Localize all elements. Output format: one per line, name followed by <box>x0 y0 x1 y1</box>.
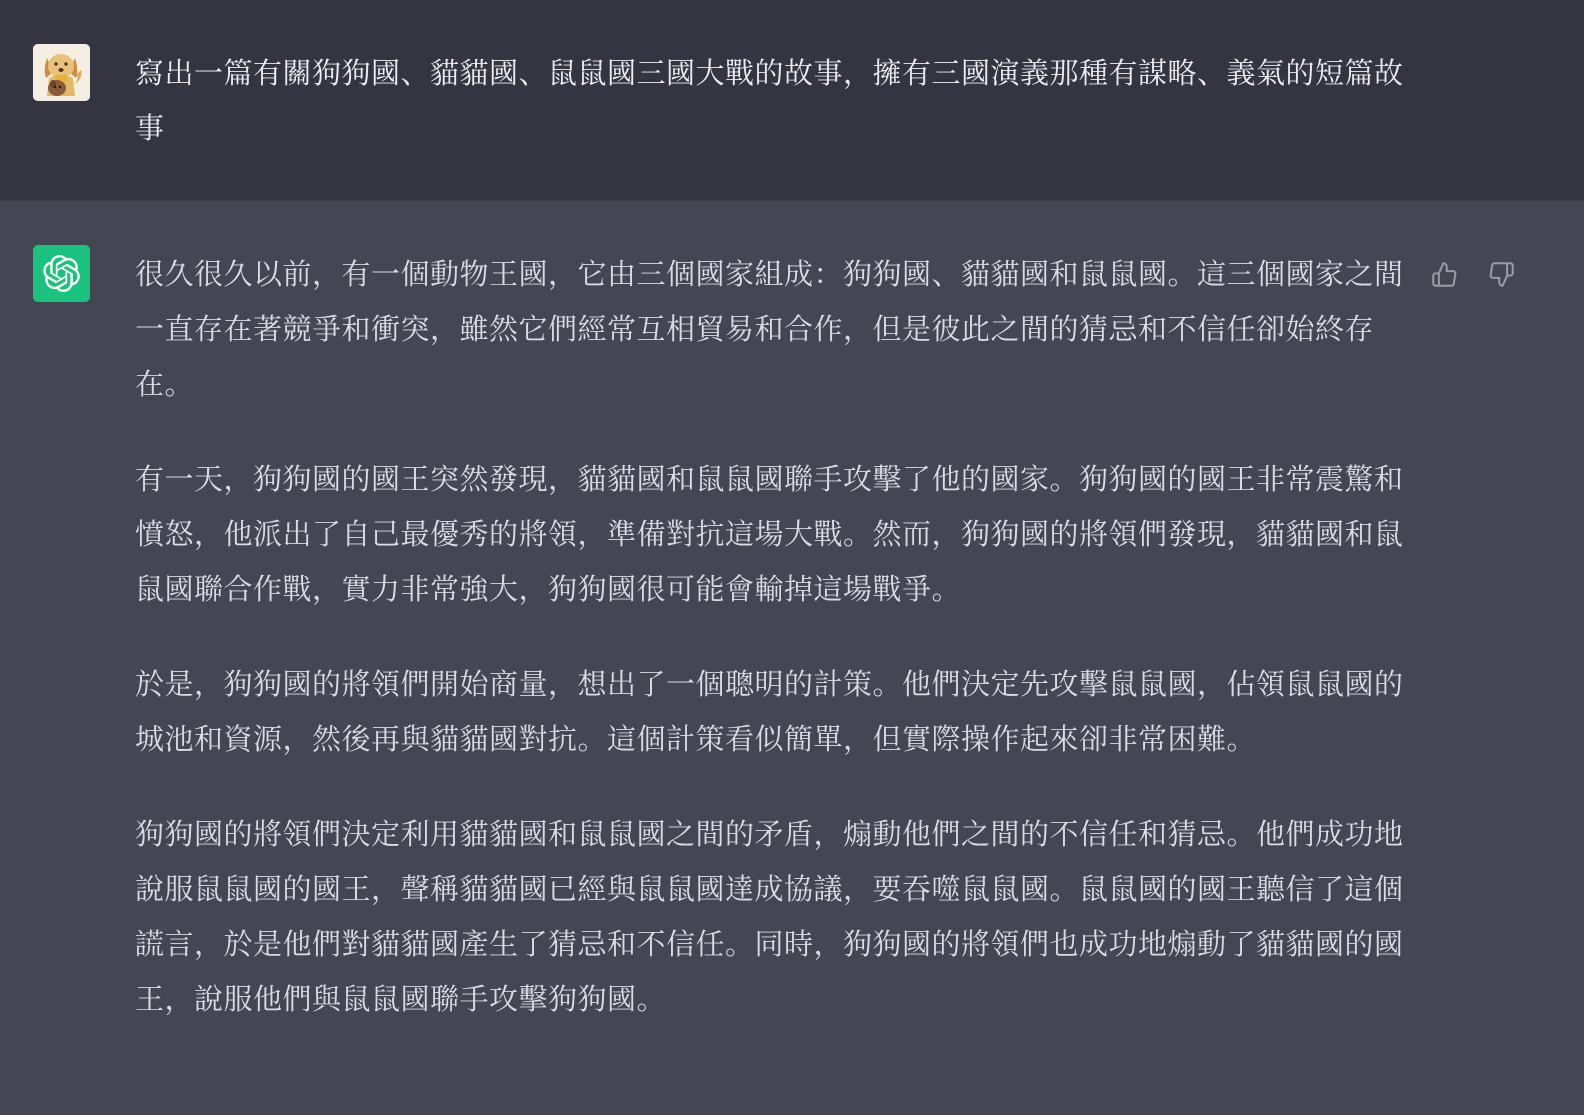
thumbs-down-button[interactable] <box>1488 261 1515 288</box>
feedback-buttons <box>1431 261 1515 288</box>
assistant-message-row: 很久很久以前，有一個動物王國，它由三個國家組成：狗狗國、貓貓國和鼠鼠國。這三個國… <box>0 200 1584 1115</box>
chatgpt-logo-icon <box>43 255 80 292</box>
assistant-paragraph: 狗狗國的將領們決定利用貓貓國和鼠鼠國之間的矛盾，煽動他們之間的不信任和猜忌。他們… <box>135 807 1407 1027</box>
user-message-text: 寫出一篇有關狗狗國、貓貓國、鼠鼠國三國大戰的故事，擁有三國演義那種有謀略、義氣的… <box>135 46 1407 156</box>
assistant-paragraph: 於是，狗狗國的將領們開始商量，想出了一個聰明的計策。他們決定先攻擊鼠鼠國，佔領鼠… <box>135 657 1407 767</box>
assistant-avatar <box>33 245 90 302</box>
thumbs-down-icon <box>1488 261 1515 288</box>
assistant-message-text: 很久很久以前，有一個動物王國，它由三個國家組成：狗狗國、貓貓國和鼠鼠國。這三個國… <box>135 247 1407 1027</box>
assistant-paragraph: 很久很久以前，有一個動物王國，它由三個國家組成：狗狗國、貓貓國和鼠鼠國。這三個國… <box>135 247 1407 412</box>
user-avatar <box>33 44 90 101</box>
assistant-paragraph: 有一天，狗狗國的國王突然發現，貓貓國和鼠鼠國聯手攻擊了他的國家。狗狗國的國王非常… <box>135 452 1407 617</box>
dog-photo-icon <box>33 44 90 101</box>
chat-conversation: 寫出一篇有關狗狗國、貓貓國、鼠鼠國三國大戰的故事，擁有三國演義那種有謀略、義氣的… <box>0 0 1584 1115</box>
thumbs-up-button[interactable] <box>1431 261 1458 288</box>
user-message-row: 寫出一篇有關狗狗國、貓貓國、鼠鼠國三國大戰的故事，擁有三國演義那種有謀略、義氣的… <box>0 0 1584 200</box>
thumbs-up-icon <box>1431 261 1458 288</box>
